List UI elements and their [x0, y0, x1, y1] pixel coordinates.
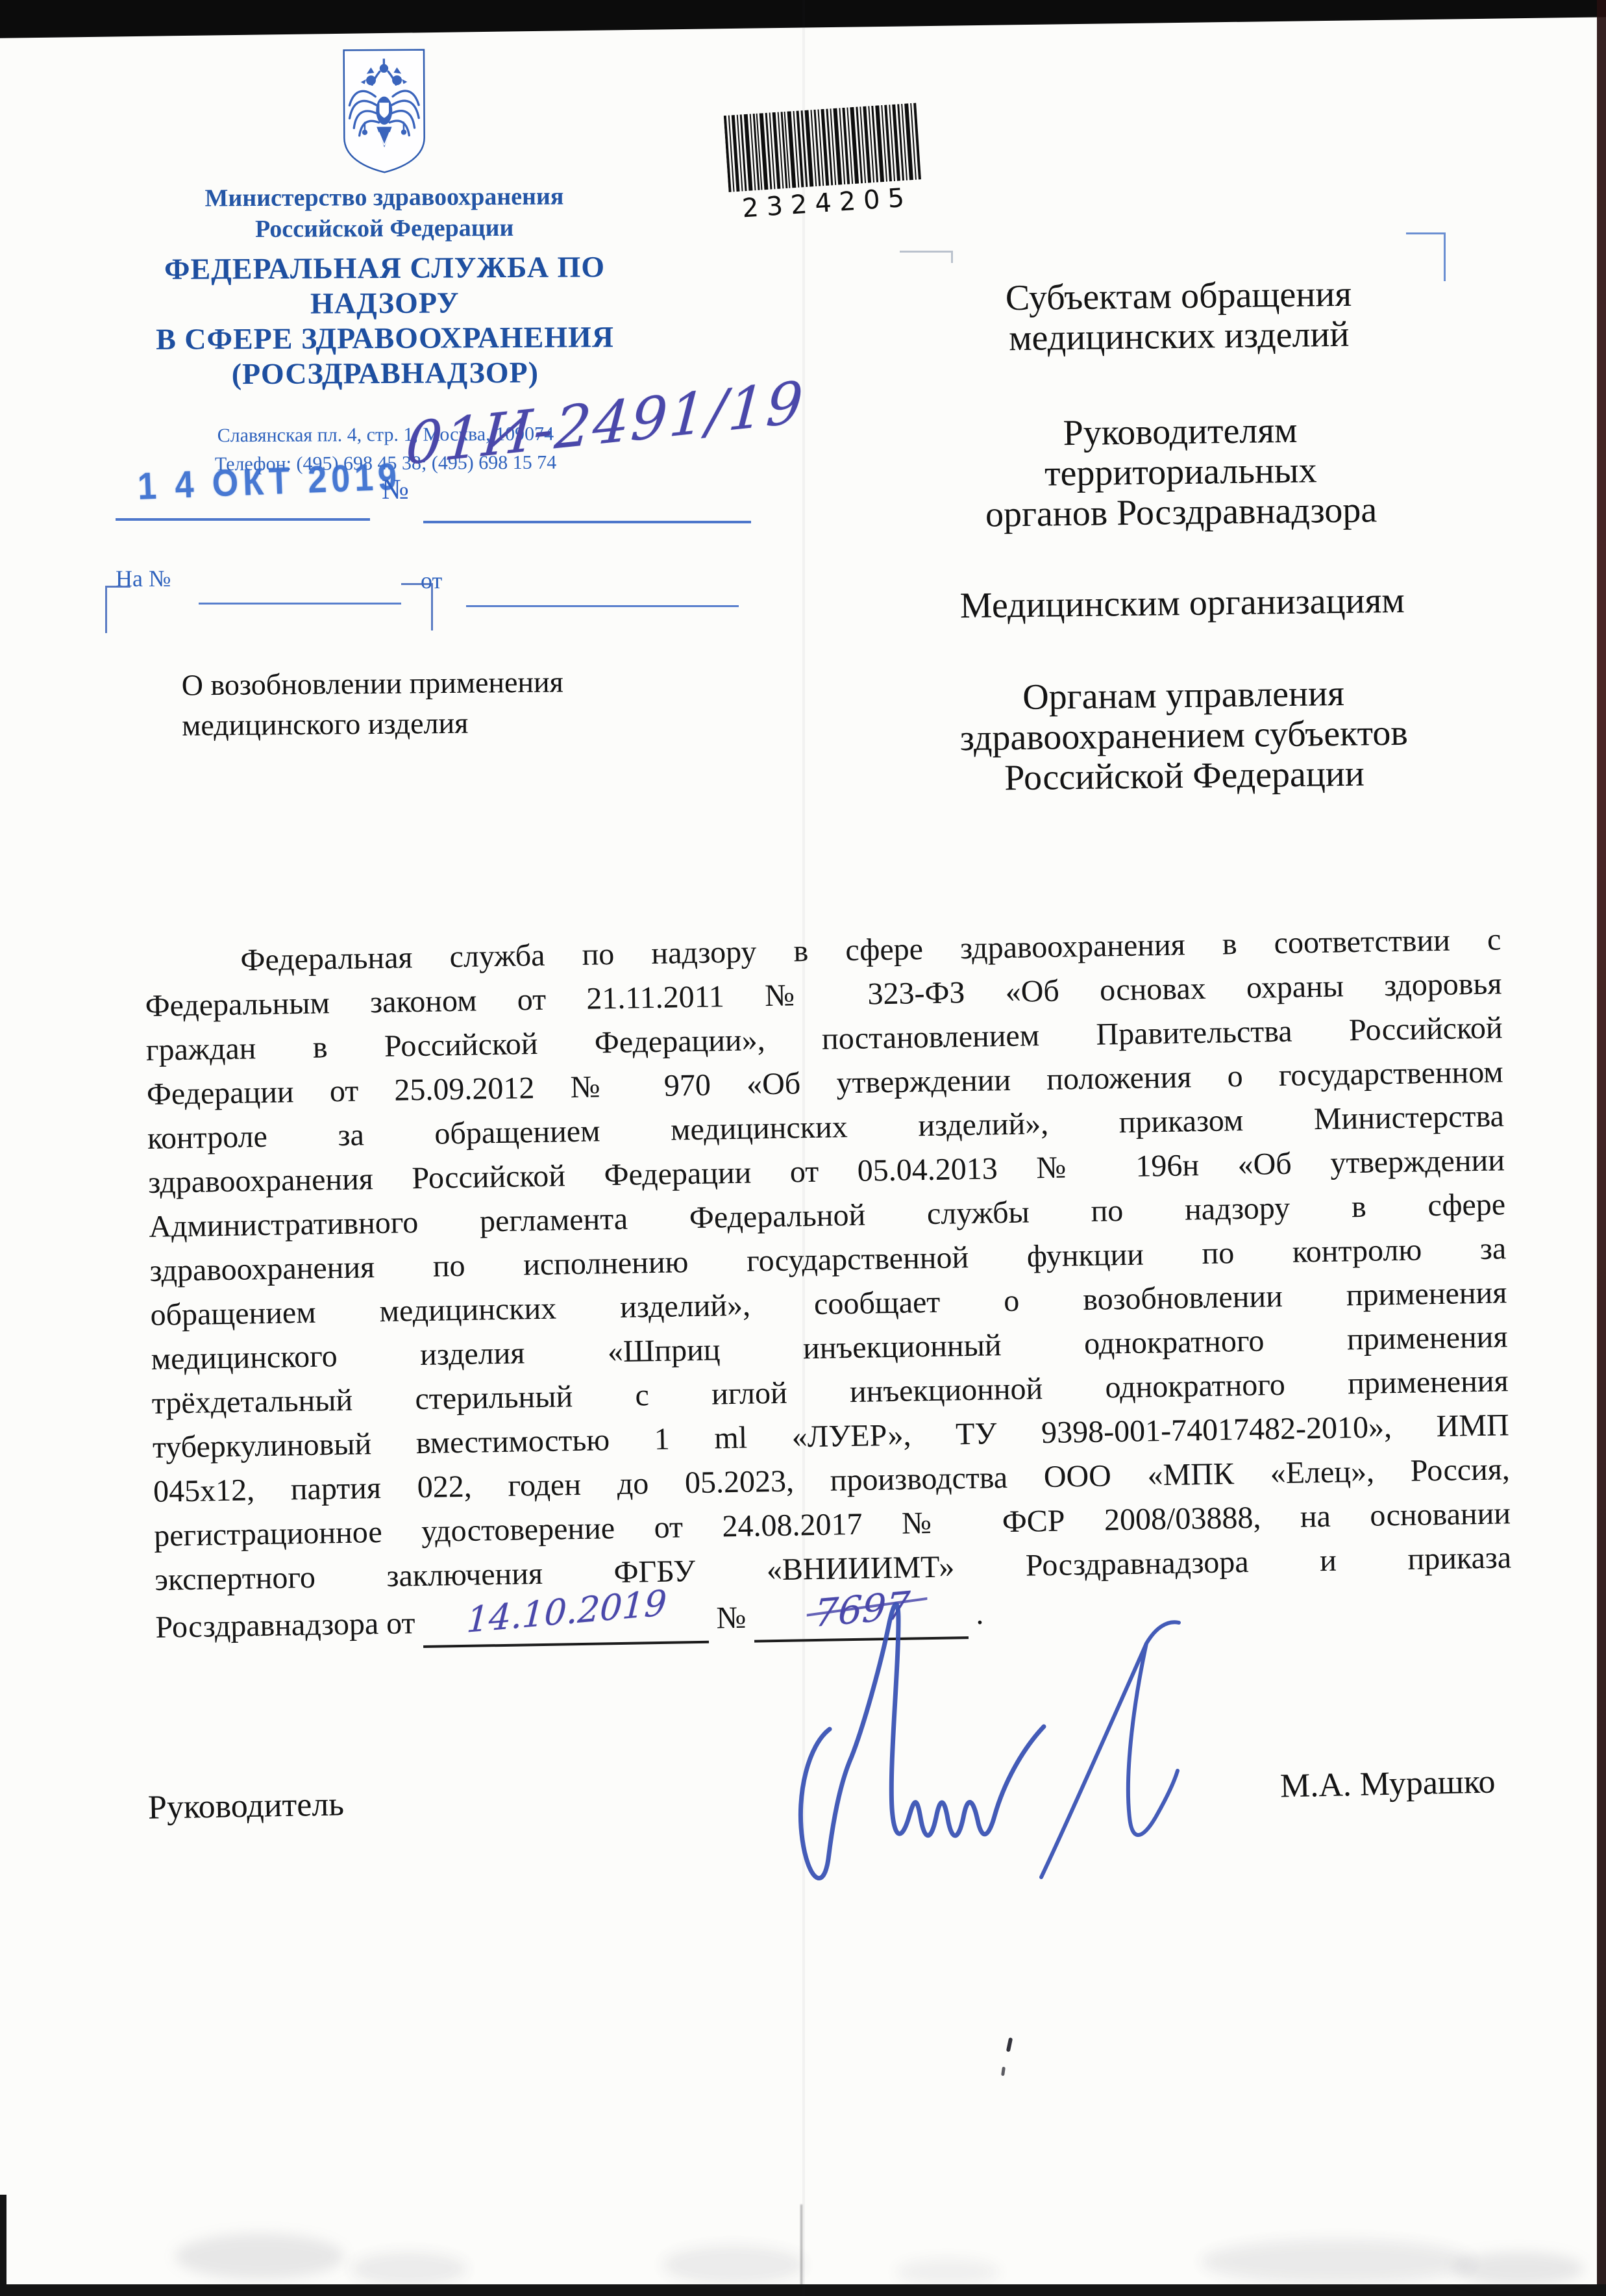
subject-line: О возобновлении применения — [181, 662, 563, 705]
addressee-block: Руководителям территориальных органов Ро… — [933, 408, 1428, 535]
scan-speck — [1006, 2038, 1013, 2053]
addressee-line: медицинских изделий — [932, 313, 1426, 359]
scan-smudge — [1201, 2239, 1474, 2284]
addressee-block: Органам управления здравоохранением субъ… — [937, 672, 1431, 799]
date-stamp: 1 4 ОКТ 2019 — [137, 455, 402, 509]
addressee-line: Органам управления — [937, 672, 1431, 718]
scan-smudge — [175, 2234, 344, 2279]
scan-edge-right — [1597, 0, 1606, 2296]
addressee-list: Субъектам обращения медицинских изделий … — [932, 273, 1431, 799]
barcode-bars-icon — [724, 103, 923, 193]
letter-subject: О возобновлении применения медицинского … — [181, 662, 563, 745]
addressee-zone-line-mark — [900, 251, 953, 264]
signer-name: М.А. Мурашко — [1279, 1763, 1496, 1806]
addressee-line: территориальных — [933, 449, 1427, 495]
ministry-name-line1: Министерство здравоохранения — [97, 181, 671, 215]
registration-barcode: 2324205 — [721, 103, 928, 225]
scanned-letter-page: Министерство здравоохранения Российской … — [0, 0, 1606, 2296]
signer-position-title: Руководитель — [148, 1785, 345, 1827]
addressee-block: Медицинским организациям — [935, 580, 1429, 626]
addressee-block: Субъектам обращения медицинских изделий — [932, 273, 1426, 359]
ministry-name-line2: Российской Федерации — [97, 212, 672, 246]
addressee-line: Медицинским организациям — [935, 580, 1429, 626]
service-name-line2: В СФЕРЕ ЗДРАВООХРАНЕНИЯ — [97, 319, 672, 358]
closing-number-sign: № — [716, 1601, 747, 1636]
scan-speck — [1001, 2067, 1006, 2077]
letter-body: Федеральная служба по надзору в сфере зд… — [144, 917, 1513, 1653]
addressee-line: Руководителям — [933, 408, 1427, 455]
reply-date-blank — [466, 605, 739, 607]
subject-line: медицинского изделия — [182, 702, 564, 745]
closing-prefix: Росздравнадзора от — [155, 1606, 415, 1645]
scan-edge-bottom-left — [0, 2195, 6, 2296]
addressee-line: Российской Федерации — [937, 753, 1431, 799]
vertical-fold-crease-bottom — [800, 2204, 802, 2286]
scan-smudge — [662, 2245, 805, 2284]
scan-smudge — [896, 2258, 1000, 2286]
service-name-line1: ФЕДЕРАЛЬНАЯ СЛУЖБА ПО НАДЗОРУ — [97, 249, 673, 323]
handwritten-signature-icon — [753, 1594, 1207, 1958]
addressee-line: здравоохранением субъектов — [937, 712, 1431, 758]
handwritten-order-date-slot: 14.10.2019 — [423, 1595, 709, 1648]
address-zone-corner-top-right — [401, 583, 433, 630]
addressee-line: органов Росздравнадзора — [934, 489, 1428, 535]
russia-coat-of-arms-icon — [331, 47, 437, 177]
address-zone-corner-top-left — [105, 586, 130, 633]
reply-number-blank — [199, 603, 401, 605]
number-underline — [423, 521, 751, 523]
service-name-line3: (РОСЗДРАВНАДЗОР) — [98, 355, 673, 393]
scan-smudge — [1454, 2252, 1584, 2286]
date-underline — [116, 518, 370, 521]
addressee-line: Субъектам обращения — [932, 273, 1426, 319]
scan-smudge — [351, 2252, 467, 2286]
